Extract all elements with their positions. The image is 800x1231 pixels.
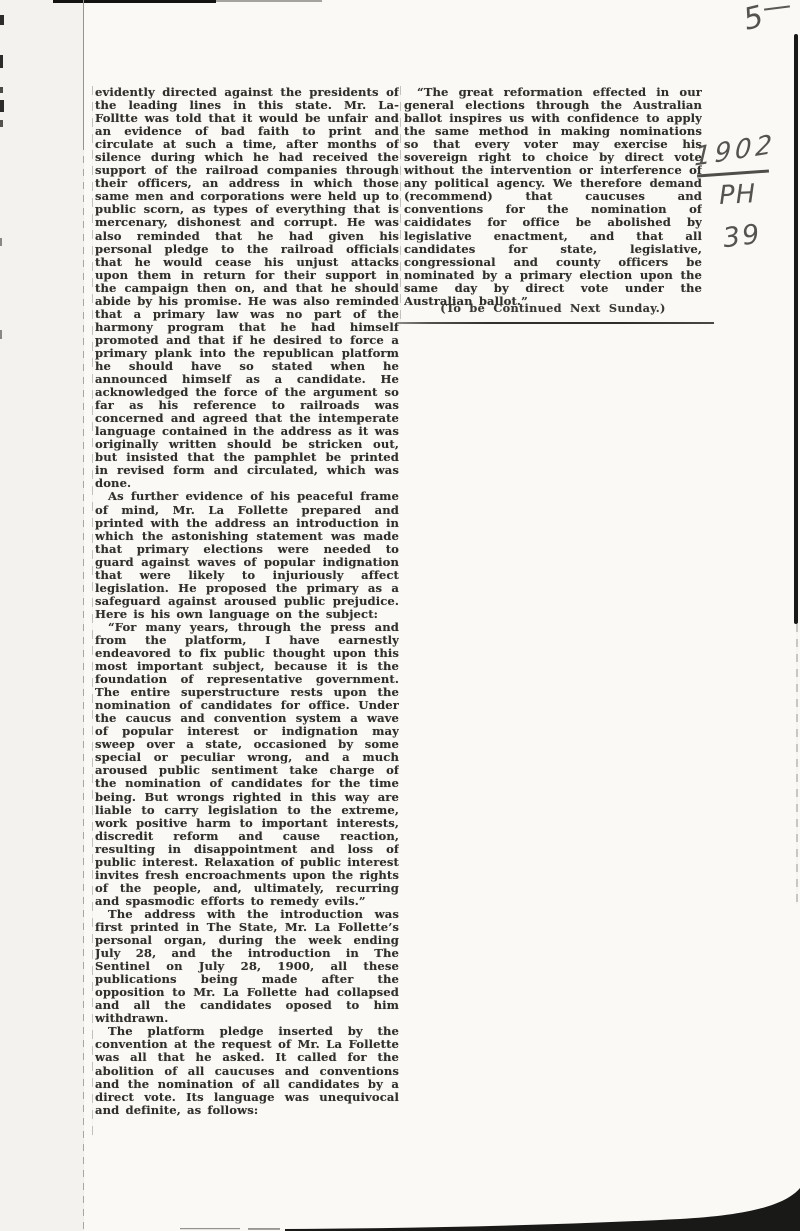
paragraph: The platform pledge inserted by the conv… xyxy=(95,1025,399,1116)
article-column-left: evidently directed against the president… xyxy=(95,86,399,1138)
left-edge-mark xyxy=(0,238,2,246)
paragraph: The address with the introduction was fi… xyxy=(95,908,399,1025)
continued-note: (To be Continued Next Sunday.) xyxy=(404,301,702,315)
quote-paragraph: “The great reformation effected in our g… xyxy=(404,86,702,308)
clipping-left-edge-line-top xyxy=(83,0,84,150)
clipping-right-edge-line xyxy=(794,34,798,624)
paragraph: As further evidence of his peaceful fram… xyxy=(95,490,399,620)
column-rule-left xyxy=(92,86,93,1136)
clipping-right-edge-line-faint xyxy=(796,624,798,904)
left-edge-mark xyxy=(0,87,3,93)
left-edge-mark xyxy=(0,120,3,127)
top-scan-edge-light xyxy=(216,0,322,2)
article-column-right: “The great reformation effected in our g… xyxy=(404,86,702,336)
end-of-article-rule xyxy=(398,322,714,324)
handwritten-number: 39 xyxy=(721,221,762,252)
paragraph: “For many years, through the press and f… xyxy=(95,621,399,908)
left-edge-mark xyxy=(0,15,4,25)
top-scan-edge-dark xyxy=(53,0,216,3)
paragraph: evidently directed against the president… xyxy=(95,86,399,490)
left-edge-mark xyxy=(0,100,4,112)
left-edge-mark xyxy=(0,55,3,68)
clipping-left-edge-line xyxy=(83,0,84,1231)
column-rule-middle xyxy=(400,86,401,326)
handwritten-initials: PH xyxy=(718,181,757,209)
scanned-newspaper-page: evidently directed against the president… xyxy=(0,0,800,1231)
left-edge-mark xyxy=(0,330,2,339)
bottom-scan-edge xyxy=(0,1176,800,1231)
